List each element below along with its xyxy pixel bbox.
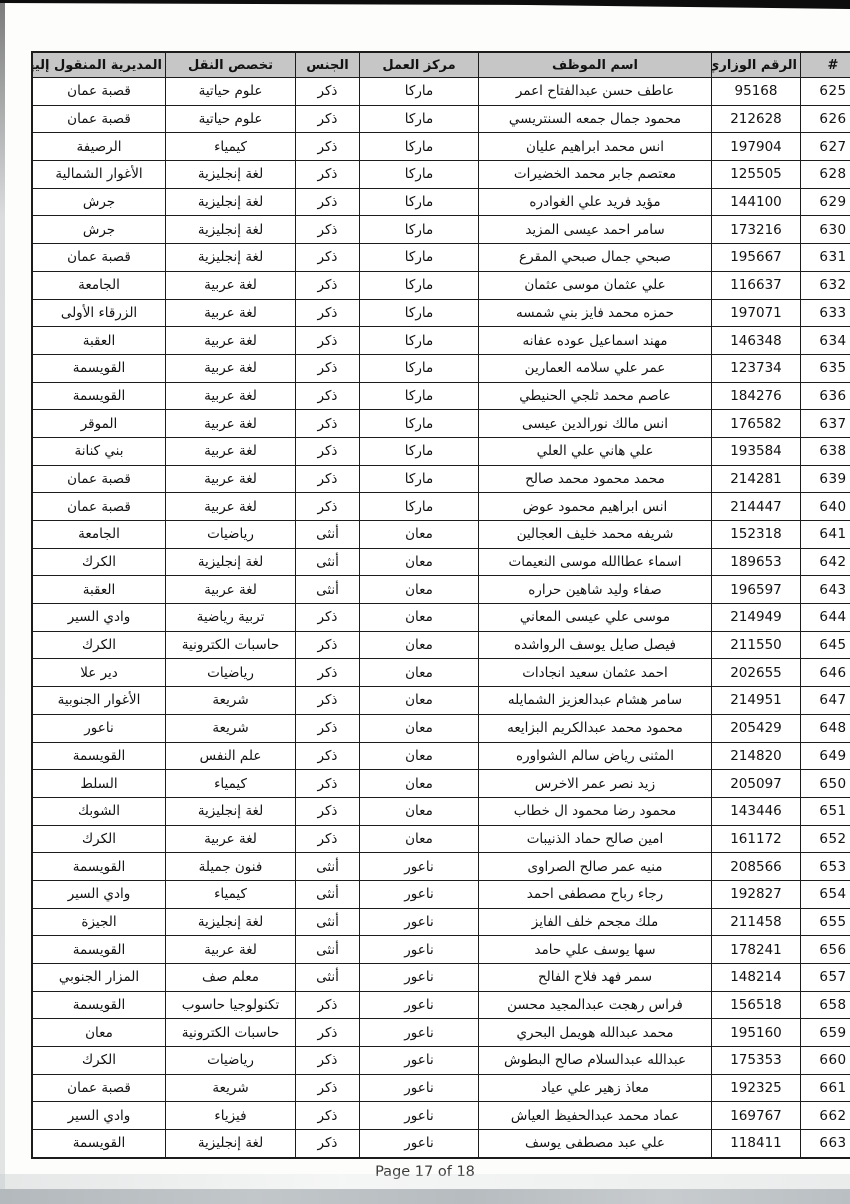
cell-work_center: ناعور [360, 908, 479, 936]
cell-num: 625 [801, 78, 850, 106]
table-row: 649214820المثنى رياض سالم الشواورهمعانذك… [32, 742, 850, 770]
cell-gender: أنثى [296, 576, 360, 604]
cell-work_center: ناعور [360, 1047, 479, 1075]
cell-name: منيه عمر صالح الصراوى [479, 853, 712, 881]
cell-specialty: لغة إنجليزية [166, 797, 296, 825]
cell-specialty: حاسبات الكترونية [166, 1019, 296, 1047]
cell-specialty: شريعة [166, 687, 296, 715]
cell-specialty: لغة إنجليزية [166, 548, 296, 576]
cell-specialty: شريعة [166, 1074, 296, 1102]
cell-num: 640 [801, 493, 850, 521]
cell-gender: أنثى [296, 548, 360, 576]
cell-num: 648 [801, 714, 850, 742]
table-row: 658156518فراس رهجت عبدالمجيد محسنناعورذك… [32, 991, 850, 1019]
cell-name: عاصم محمد ثلجي الحنيطي [479, 382, 712, 410]
cell-work_center: ماركا [360, 354, 479, 382]
cell-directorate: الجيزة [32, 908, 166, 936]
cell-specialty: شريعة [166, 714, 296, 742]
cell-specialty: تكنولوجيا حاسوب [166, 991, 296, 1019]
table-row: 647214951سامر هشام عبدالعزيز الشمايلهمعا… [32, 687, 850, 715]
cell-gender: أنثى [296, 964, 360, 992]
cell-name: عمر علي سلامه العمارين [479, 354, 712, 382]
cell-specialty: رياضيات [166, 659, 296, 687]
table-row: 639214281محمد محمود محمد صالحماركاذكرلغة… [32, 465, 850, 493]
cell-work_center: معان [360, 576, 479, 604]
cell-specialty: لغة عربية [166, 410, 296, 438]
cell-name: سامر هشام عبدالعزيز الشمايله [479, 687, 712, 715]
table-row: 644214949موسى علي عيسى المعانيمعانذكرترب… [32, 604, 850, 632]
cell-work_center: معان [360, 742, 479, 770]
cell-num: 652 [801, 825, 850, 853]
cell-ministry_no: 123734 [712, 354, 801, 382]
cell-directorate: السلط [32, 770, 166, 798]
cell-ministry_no: 211550 [712, 631, 801, 659]
cell-name: انس ابراهيم محمود عوض [479, 493, 712, 521]
cell-gender: ذكر [296, 133, 360, 161]
cell-work_center: ناعور [360, 853, 479, 881]
cell-num: 644 [801, 604, 850, 632]
table-row: 62595168عاطف حسن عبدالفتاح اعمرماركاذكرع… [32, 78, 850, 106]
cell-work_center: ماركا [360, 327, 479, 355]
cell-directorate: الموقر [32, 410, 166, 438]
cell-name: علي عثمان موسى عثمان [479, 271, 712, 299]
table-row: 645211550فيصل صايل يوسف الرواشدهمعانذكرح… [32, 631, 850, 659]
cell-work_center: ناعور [360, 1019, 479, 1047]
table-row: 631195667صبحي جمال صبحي المقرعماركاذكرلغ… [32, 244, 850, 272]
cell-directorate: وادي السير [32, 604, 166, 632]
cell-num: 659 [801, 1019, 850, 1047]
cell-specialty: لغة إنجليزية [166, 188, 296, 216]
cell-name: زيد نصر عمر الاخرس [479, 770, 712, 798]
cell-gender: ذكر [296, 382, 360, 410]
cell-name: عماد محمد عبدالحفيظ العياش [479, 1102, 712, 1130]
cell-directorate: قصبة عمان [32, 105, 166, 133]
cell-ministry_no: 193584 [712, 437, 801, 465]
table-row: 652161172امين صالح حماد الذنيباتمعانذكرل… [32, 825, 850, 853]
cell-specialty: لغة عربية [166, 465, 296, 493]
cell-num: 656 [801, 936, 850, 964]
cell-directorate: قصبة عمان [32, 493, 166, 521]
cell-ministry_no: 205097 [712, 770, 801, 798]
cell-ministry_no: 208566 [712, 853, 801, 881]
cell-num: 663 [801, 1130, 850, 1158]
cell-gender: ذكر [296, 105, 360, 133]
cell-specialty: لغة إنجليزية [166, 244, 296, 272]
cell-specialty: لغة إنجليزية [166, 908, 296, 936]
cell-directorate: معان [32, 1019, 166, 1047]
cell-name: احمد عثمان سعيد انجادات [479, 659, 712, 687]
cell-gender: ذكر [296, 1047, 360, 1075]
cell-ministry_no: 214281 [712, 465, 801, 493]
cell-work_center: ماركا [360, 299, 479, 327]
cell-ministry_no: 116637 [712, 271, 801, 299]
cell-ministry_no: 148214 [712, 964, 801, 992]
cell-directorate: القويسمة [32, 1130, 166, 1158]
cell-directorate: جرش [32, 188, 166, 216]
cell-ministry_no: 212628 [712, 105, 801, 133]
cell-num: 661 [801, 1074, 850, 1102]
table-row: 634146348مهند اسماعيل عوده عفانهماركاذكر… [32, 327, 850, 355]
cell-work_center: معان [360, 521, 479, 549]
table-row: 630173216سامر احمد عيسى المزيدماركاذكرلغ… [32, 216, 850, 244]
cell-specialty: لغة عربية [166, 936, 296, 964]
cell-num: 655 [801, 908, 850, 936]
cell-num: 653 [801, 853, 850, 881]
cell-work_center: ماركا [360, 493, 479, 521]
cell-work_center: معان [360, 604, 479, 632]
cell-specialty: معلم صف [166, 964, 296, 992]
cell-work_center: معان [360, 714, 479, 742]
table-row: 636184276عاصم محمد ثلجي الحنيطيماركاذكرل… [32, 382, 850, 410]
cell-work_center: ماركا [360, 465, 479, 493]
cell-work_center: ماركا [360, 133, 479, 161]
table-row: 635123734عمر علي سلامه العمارينماركاذكرل… [32, 354, 850, 382]
cell-specialty: لغة عربية [166, 299, 296, 327]
cell-work_center: معان [360, 770, 479, 798]
cell-name: شريفه محمد خليف العجالين [479, 521, 712, 549]
cell-num: 649 [801, 742, 850, 770]
cell-directorate: القويسمة [32, 382, 166, 410]
cell-gender: ذكر [296, 631, 360, 659]
cell-work_center: ماركا [360, 271, 479, 299]
table-row: 651143446محمود رضا محمود ال خطابمعانذكرل… [32, 797, 850, 825]
table-row: 643196597صفاء وليد شاهين حرارهمعانأنثىلغ… [32, 576, 850, 604]
cell-specialty: كيمياء [166, 880, 296, 908]
cell-num: 651 [801, 797, 850, 825]
cell-directorate: الكرك [32, 825, 166, 853]
table-row: 653208566منيه عمر صالح الصراوىناعورأنثىف… [32, 853, 850, 881]
cell-num: 654 [801, 880, 850, 908]
cell-num: 630 [801, 216, 850, 244]
cell-name: صبحي جمال صبحي المقرع [479, 244, 712, 272]
cell-work_center: معان [360, 797, 479, 825]
cell-gender: ذكر [296, 1074, 360, 1102]
table-row: 655211458ملك مجحم خلف الفايزناعورأنثىلغة… [32, 908, 850, 936]
cell-specialty: رياضيات [166, 1047, 296, 1075]
table-row: 637176582انس مالك نورالدين عيسىماركاذكرل… [32, 410, 850, 438]
cell-specialty: لغة إنجليزية [166, 216, 296, 244]
cell-directorate: قصبة عمان [32, 1074, 166, 1102]
cell-num: 645 [801, 631, 850, 659]
column-header-name: اسم الموظف [479, 52, 712, 78]
cell-ministry_no: 156518 [712, 991, 801, 1019]
cell-ministry_no: 152318 [712, 521, 801, 549]
cell-gender: ذكر [296, 188, 360, 216]
cell-ministry_no: 161172 [712, 825, 801, 853]
cell-ministry_no: 214949 [712, 604, 801, 632]
cell-specialty: كيمياء [166, 133, 296, 161]
cell-ministry_no: 192827 [712, 880, 801, 908]
cell-num: 642 [801, 548, 850, 576]
column-header-specialty: تخصص النقل [166, 52, 296, 78]
table-row: 642189653اسماء عطاالله موسى النعيماتمعان… [32, 548, 850, 576]
cell-gender: ذكر [296, 797, 360, 825]
table-header-row: #الرقم الوزارياسم الموظفمركز العملالجنست… [32, 52, 850, 78]
cell-directorate: الكرك [32, 1047, 166, 1075]
cell-work_center: ماركا [360, 216, 479, 244]
cell-num: 629 [801, 188, 850, 216]
cell-num: 636 [801, 382, 850, 410]
cell-name: عاطف حسن عبدالفتاح اعمر [479, 78, 712, 106]
cell-num: 646 [801, 659, 850, 687]
cell-directorate: القويسمة [32, 354, 166, 382]
cell-name: موسى علي عيسى المعاني [479, 604, 712, 632]
cell-name: انس محمد ابراهيم عليان [479, 133, 712, 161]
cell-ministry_no: 146348 [712, 327, 801, 355]
cell-name: انس مالك نورالدين عيسى [479, 410, 712, 438]
cell-num: 627 [801, 133, 850, 161]
cell-work_center: ماركا [360, 410, 479, 438]
cell-name: ملك مجحم خلف الفايز [479, 908, 712, 936]
table-row: 650205097زيد نصر عمر الاخرسمعانذكركيمياء… [32, 770, 850, 798]
cell-ministry_no: 192325 [712, 1074, 801, 1102]
cell-gender: ذكر [296, 1102, 360, 1130]
cell-num: 626 [801, 105, 850, 133]
cell-num: 637 [801, 410, 850, 438]
scan-bottom-smudge [0, 1174, 850, 1190]
cell-name: امين صالح حماد الذنيبات [479, 825, 712, 853]
cell-gender: ذكر [296, 78, 360, 106]
cell-ministry_no: 95168 [712, 78, 801, 106]
cell-num: 657 [801, 964, 850, 992]
cell-num: 633 [801, 299, 850, 327]
cell-ministry_no: 176582 [712, 410, 801, 438]
cell-ministry_no: 202655 [712, 659, 801, 687]
table-row: 659195160محمد عبدالله هويمل البحريناعورذ… [32, 1019, 850, 1047]
cell-gender: ذكر [296, 714, 360, 742]
cell-directorate: الزرقاء الأولى [32, 299, 166, 327]
cell-gender: ذكر [296, 991, 360, 1019]
cell-directorate: قصبة عمان [32, 465, 166, 493]
cell-name: حمزه محمد فايز بني شمسه [479, 299, 712, 327]
table-row: 662169767عماد محمد عبدالحفيظ العياشناعور… [32, 1102, 850, 1130]
cell-num: 660 [801, 1047, 850, 1075]
cell-name: اسماء عطاالله موسى النعيمات [479, 548, 712, 576]
cell-specialty: لغة عربية [166, 382, 296, 410]
cell-gender: ذكر [296, 770, 360, 798]
cell-directorate: الأغوار الجنوبية [32, 687, 166, 715]
cell-specialty: علم النفس [166, 742, 296, 770]
cell-work_center: معان [360, 687, 479, 715]
cell-num: 662 [801, 1102, 850, 1130]
cell-name: مهند اسماعيل عوده عفانه [479, 327, 712, 355]
cell-directorate: القويسمة [32, 991, 166, 1019]
cell-ministry_no: 125505 [712, 161, 801, 189]
cell-work_center: معان [360, 548, 479, 576]
table-row: 648205429محمود محمد عبدالكريم البزايعهمع… [32, 714, 850, 742]
table-row: 629144100مؤيد فريد علي الغوادرهماركاذكرل… [32, 188, 850, 216]
cell-num: 639 [801, 465, 850, 493]
cell-directorate: الشوبك [32, 797, 166, 825]
cell-gender: أنثى [296, 521, 360, 549]
cell-specialty: تربية رياضية [166, 604, 296, 632]
column-header-directorate: المديرية المنقول إليها [32, 52, 166, 78]
cell-name: محمود جمال جمعه السنتريسي [479, 105, 712, 133]
cell-gender: ذكر [296, 271, 360, 299]
column-header-num: # [801, 52, 850, 78]
cell-work_center: ناعور [360, 991, 479, 1019]
cell-num: 631 [801, 244, 850, 272]
table-row: 660175353عبدالله عبدالسلام صالح البطوشنا… [32, 1047, 850, 1075]
cell-num: 643 [801, 576, 850, 604]
cell-ministry_no: 184276 [712, 382, 801, 410]
cell-num: 632 [801, 271, 850, 299]
cell-specialty: علوم حياتية [166, 105, 296, 133]
cell-name: معتصم جابر محمد الخضيرات [479, 161, 712, 189]
cell-gender: ذكر [296, 410, 360, 438]
table-row: 656178241سها يوسف علي حامدناعورأنثىلغة ع… [32, 936, 850, 964]
cell-directorate: الجامعة [32, 271, 166, 299]
cell-directorate: جرش [32, 216, 166, 244]
cell-specialty: لغة عربية [166, 271, 296, 299]
cell-ministry_no: 178241 [712, 936, 801, 964]
cell-name: المثنى رياض سالم الشواوره [479, 742, 712, 770]
table-row: 661192325معاذ زهير علي عيادناعورذكرشريعة… [32, 1074, 850, 1102]
cell-work_center: ماركا [360, 78, 479, 106]
cell-ministry_no: 195160 [712, 1019, 801, 1047]
employee-transfer-table: #الرقم الوزارياسم الموظفمركز العملالجنست… [31, 51, 850, 1159]
cell-gender: ذكر [296, 659, 360, 687]
table-row: 657148214سمر فهد فلاح الفالحناعورأنثىمعل… [32, 964, 850, 992]
cell-directorate: العقبة [32, 576, 166, 604]
table-row: 633197071حمزه محمد فايز بني شمسهماركاذكر… [32, 299, 850, 327]
cell-gender: أنثى [296, 853, 360, 881]
cell-specialty: لغة عربية [166, 354, 296, 382]
cell-gender: ذكر [296, 825, 360, 853]
table-body: 62595168عاطف حسن عبدالفتاح اعمرماركاذكرع… [32, 78, 850, 1158]
cell-name: علي عبد مصطفى يوسف [479, 1130, 712, 1158]
cell-gender: ذكر [296, 687, 360, 715]
cell-ministry_no: 211458 [712, 908, 801, 936]
cell-gender: ذكر [296, 742, 360, 770]
cell-directorate: الرصيفة [32, 133, 166, 161]
cell-name: محمود رضا محمود ال خطاب [479, 797, 712, 825]
table-row: 641152318شريفه محمد خليف العجالينمعانأنث… [32, 521, 850, 549]
column-header-gender: الجنس [296, 52, 360, 78]
cell-work_center: ناعور [360, 1130, 479, 1158]
cell-name: صفاء وليد شاهين حراره [479, 576, 712, 604]
cell-gender: ذكر [296, 437, 360, 465]
cell-ministry_no: 118411 [712, 1130, 801, 1158]
cell-ministry_no: 189653 [712, 548, 801, 576]
cell-gender: ذكر [296, 1019, 360, 1047]
cell-name: معاذ زهير علي عياد [479, 1074, 712, 1102]
cell-ministry_no: 169767 [712, 1102, 801, 1130]
cell-specialty: لغة عربية [166, 576, 296, 604]
scanned-document-page: { "document": { "footer": "Page 17 of 18… [0, 0, 850, 1204]
cell-name: سمر فهد فلاح الفالح [479, 964, 712, 992]
cell-num: 638 [801, 437, 850, 465]
cell-work_center: ماركا [360, 161, 479, 189]
cell-work_center: معان [360, 825, 479, 853]
cell-name: فيصل صايل يوسف الرواشده [479, 631, 712, 659]
cell-num: 650 [801, 770, 850, 798]
cell-ministry_no: 214951 [712, 687, 801, 715]
cell-name: محمد عبدالله هويمل البحري [479, 1019, 712, 1047]
cell-specialty: لغة عربية [166, 825, 296, 853]
cell-work_center: ناعور [360, 936, 479, 964]
cell-directorate: الكرك [32, 631, 166, 659]
cell-directorate: وادي السير [32, 880, 166, 908]
cell-num: 647 [801, 687, 850, 715]
cell-ministry_no: 195667 [712, 244, 801, 272]
cell-gender: أنثى [296, 880, 360, 908]
cell-work_center: ناعور [360, 964, 479, 992]
cell-num: 641 [801, 521, 850, 549]
table-row: 627197904انس محمد ابراهيم عليانماركاذكرك… [32, 133, 850, 161]
table-row: 626212628محمود جمال جمعه السنتريسيماركاذ… [32, 105, 850, 133]
cell-directorate: القويسمة [32, 742, 166, 770]
cell-specialty: علوم حياتية [166, 78, 296, 106]
cell-directorate: العقبة [32, 327, 166, 355]
cell-gender: ذكر [296, 244, 360, 272]
cell-ministry_no: 214820 [712, 742, 801, 770]
cell-gender: ذكر [296, 354, 360, 382]
cell-ministry_no: 197904 [712, 133, 801, 161]
cell-name: عبدالله عبدالسلام صالح البطوش [479, 1047, 712, 1075]
cell-directorate: قصبة عمان [32, 78, 166, 106]
cell-specialty: كيمياء [166, 770, 296, 798]
table-row: 628125505معتصم جابر محمد الخضيراتماركاذك… [32, 161, 850, 189]
cell-num: 628 [801, 161, 850, 189]
cell-specialty: فيزياء [166, 1102, 296, 1130]
cell-work_center: معان [360, 659, 479, 687]
cell-directorate: دير علا [32, 659, 166, 687]
cell-ministry_no: 214447 [712, 493, 801, 521]
cell-directorate: وادي السير [32, 1102, 166, 1130]
cell-directorate: القويسمة [32, 853, 166, 881]
cell-ministry_no: 175353 [712, 1047, 801, 1075]
cell-num: 658 [801, 991, 850, 1019]
cell-work_center: ناعور [360, 1074, 479, 1102]
cell-num: 635 [801, 354, 850, 382]
cell-work_center: ماركا [360, 188, 479, 216]
cell-ministry_no: 143446 [712, 797, 801, 825]
table-row: 663118411علي عبد مصطفى يوسفناعورذكرلغة إ… [32, 1130, 850, 1158]
cell-directorate: الكرك [32, 548, 166, 576]
cell-gender: ذكر [296, 493, 360, 521]
table-row: 646202655احمد عثمان سعيد انجاداتمعانذكرر… [32, 659, 850, 687]
cell-directorate: قصبة عمان [32, 244, 166, 272]
cell-gender: ذكر [296, 327, 360, 355]
cell-directorate: الجامعة [32, 521, 166, 549]
cell-ministry_no: 197071 [712, 299, 801, 327]
cell-work_center: ماركا [360, 244, 479, 272]
cell-directorate: المزار الجنوبي [32, 964, 166, 992]
cell-specialty: لغة عربية [166, 437, 296, 465]
cell-gender: ذكر [296, 465, 360, 493]
cell-gender: ذكر [296, 299, 360, 327]
cell-directorate: القويسمة [32, 936, 166, 964]
cell-directorate: الأغوار الشمالية [32, 161, 166, 189]
cell-specialty: لغة إنجليزية [166, 161, 296, 189]
table-row: 654192827رجاء رباح مصطفى احمدناعورأنثىكي… [32, 880, 850, 908]
scan-left-edge [0, 0, 5, 1204]
cell-ministry_no: 205429 [712, 714, 801, 742]
cell-ministry_no: 173216 [712, 216, 801, 244]
cell-gender: أنثى [296, 936, 360, 964]
table-row: 632116637علي عثمان موسى عثمانماركاذكرلغة… [32, 271, 850, 299]
cell-name: فراس رهجت عبدالمجيد محسن [479, 991, 712, 1019]
column-header-work_center: مركز العمل [360, 52, 479, 78]
scan-top-edge [0, 0, 850, 9]
cell-name: علي هاني علي العلي [479, 437, 712, 465]
cell-work_center: ماركا [360, 382, 479, 410]
cell-gender: ذكر [296, 216, 360, 244]
cell-gender: ذكر [296, 1130, 360, 1158]
cell-specialty: رياضيات [166, 521, 296, 549]
cell-specialty: فنون جميلة [166, 853, 296, 881]
